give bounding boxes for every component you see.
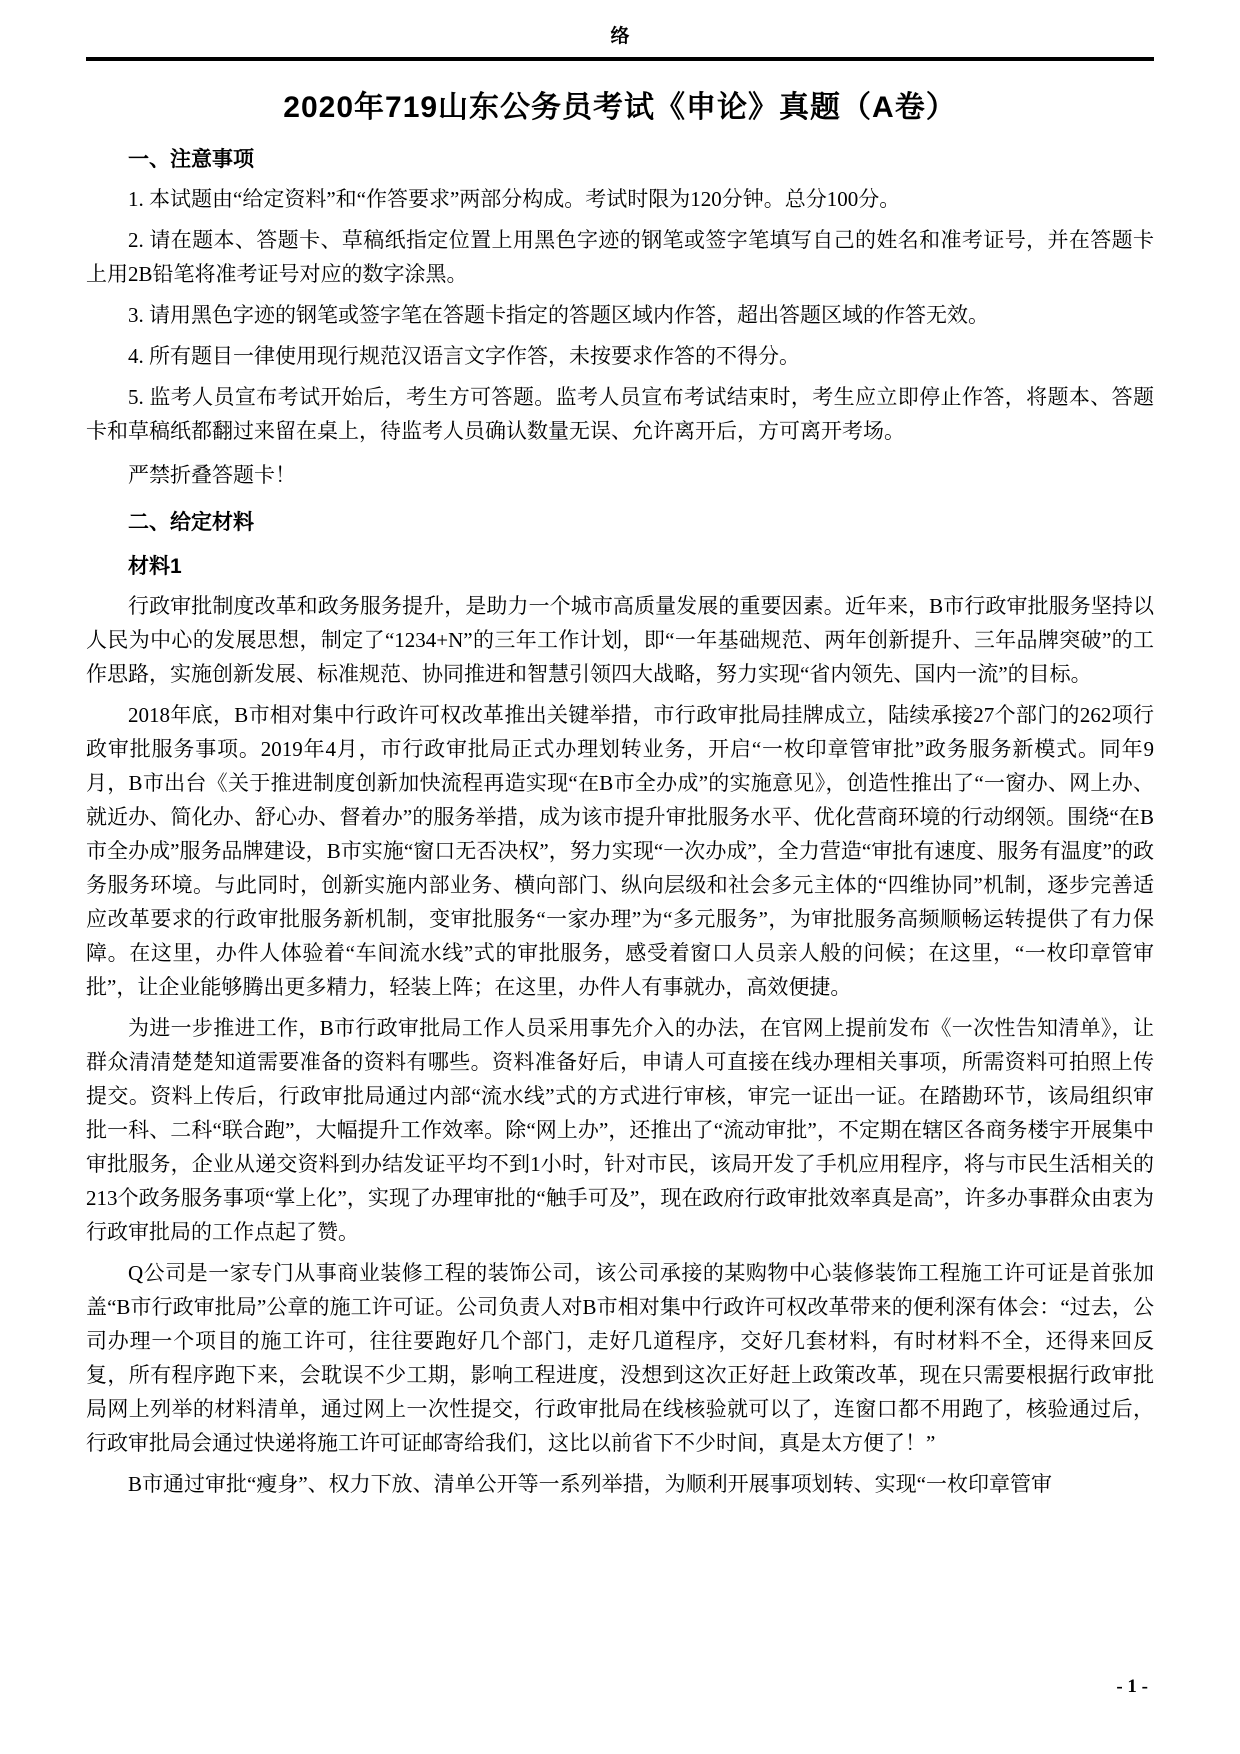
- material-section-heading: 二、给定材料: [86, 508, 1154, 538]
- notice-item-1: 1. 本试题由“给定资料”和“作答要求”两部分构成。考试时限为120分钟。总分1…: [86, 182, 1154, 216]
- running-header: 络: [86, 24, 1154, 50]
- notice-item-4: 4. 所有题目一律使用现行规范汉语言文字作答，未按要求作答的不得分。: [86, 339, 1154, 373]
- header-divider: [86, 57, 1154, 61]
- material-paragraph-3: 为进一步推进工作，B市行政审批局工作人员采用事先介入的办法，在官网上提前发布《一…: [86, 1011, 1154, 1249]
- page-number: - 1 -: [1116, 1676, 1148, 1698]
- notice-section-heading: 一、注意事项: [86, 145, 1154, 175]
- notice-item-3: 3. 请用黑色字迹的钢笔或签字笔在答题卡指定的答题区域内作答，超出答题区域的作答…: [86, 298, 1154, 332]
- material-paragraph-1: 行政审批制度改革和政务服务提升，是助力一个城市高质量发展的重要因素。近年来，B市…: [86, 589, 1154, 691]
- material-paragraph-5: B市通过审批“瘦身”、权力下放、清单公开等一系列举措，为顺利开展事项划转、实现“…: [86, 1467, 1154, 1501]
- material-paragraph-4: Q公司是一家专门从事商业装修工程的装饰公司，该公司承接的某购物中心装修装饰工程施…: [86, 1256, 1154, 1460]
- document-page: 络 2020年719山东公务员考试《申论》真题（A卷） 一、注意事项 1. 本试…: [0, 0, 1240, 1754]
- material-paragraph-2: 2018年底，B市相对集中行政许可权改革推出关键举措，市行政审批局挂牌成立，陆续…: [86, 698, 1154, 1004]
- notice-item-2: 2. 请在题本、答题卡、草稿纸指定位置上用黑色字迹的钢笔或签字笔填写自己的姓名和…: [86, 223, 1154, 291]
- material-label: 材料1: [86, 552, 1154, 582]
- warning-text: 严禁折叠答题卡！: [86, 458, 1154, 492]
- notice-item-5: 5. 监考人员宣布考试开始后，考生方可答题。监考人员宣布考试结束时，考生应立即停…: [86, 380, 1154, 448]
- running-header-text: 络: [610, 26, 629, 47]
- document-title: 2020年719山东公务员考试《申论》真题（A卷）: [86, 89, 1154, 127]
